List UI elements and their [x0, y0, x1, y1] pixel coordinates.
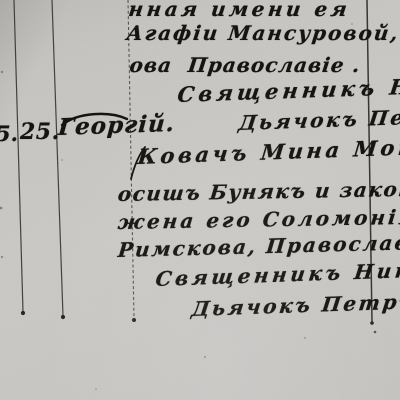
- entry-name: Георгій.: [57, 112, 175, 139]
- register-page-scan: нная имени ея Агафіи Мансуровой, ея ова …: [0, 0, 400, 400]
- rule-end-blob-right: [370, 321, 374, 325]
- ink-dot-below-right-rule: [374, 331, 377, 334]
- handwriting-line: нная имени ея: [128, 0, 352, 19]
- rule-end-blob-1: [21, 311, 25, 315]
- handwriting-line: ова Православіе .: [129, 55, 362, 75]
- rule-end-blob-2: [61, 315, 65, 319]
- handwriting-line: Агафіи Мансуровой, ея: [126, 23, 400, 43]
- rule-end-blob-3: [132, 318, 136, 322]
- entry-margin-number: 5.: [0, 123, 18, 144]
- sexton-signature-line: Дьячокъ Петръ: [238, 105, 400, 133]
- entry-day-number: 25.: [20, 121, 60, 143]
- handwriting-line: осишъ Бунякъ и законная ж: [117, 177, 400, 204]
- handwriting-line: жена его Соломонія Р: [117, 206, 400, 232]
